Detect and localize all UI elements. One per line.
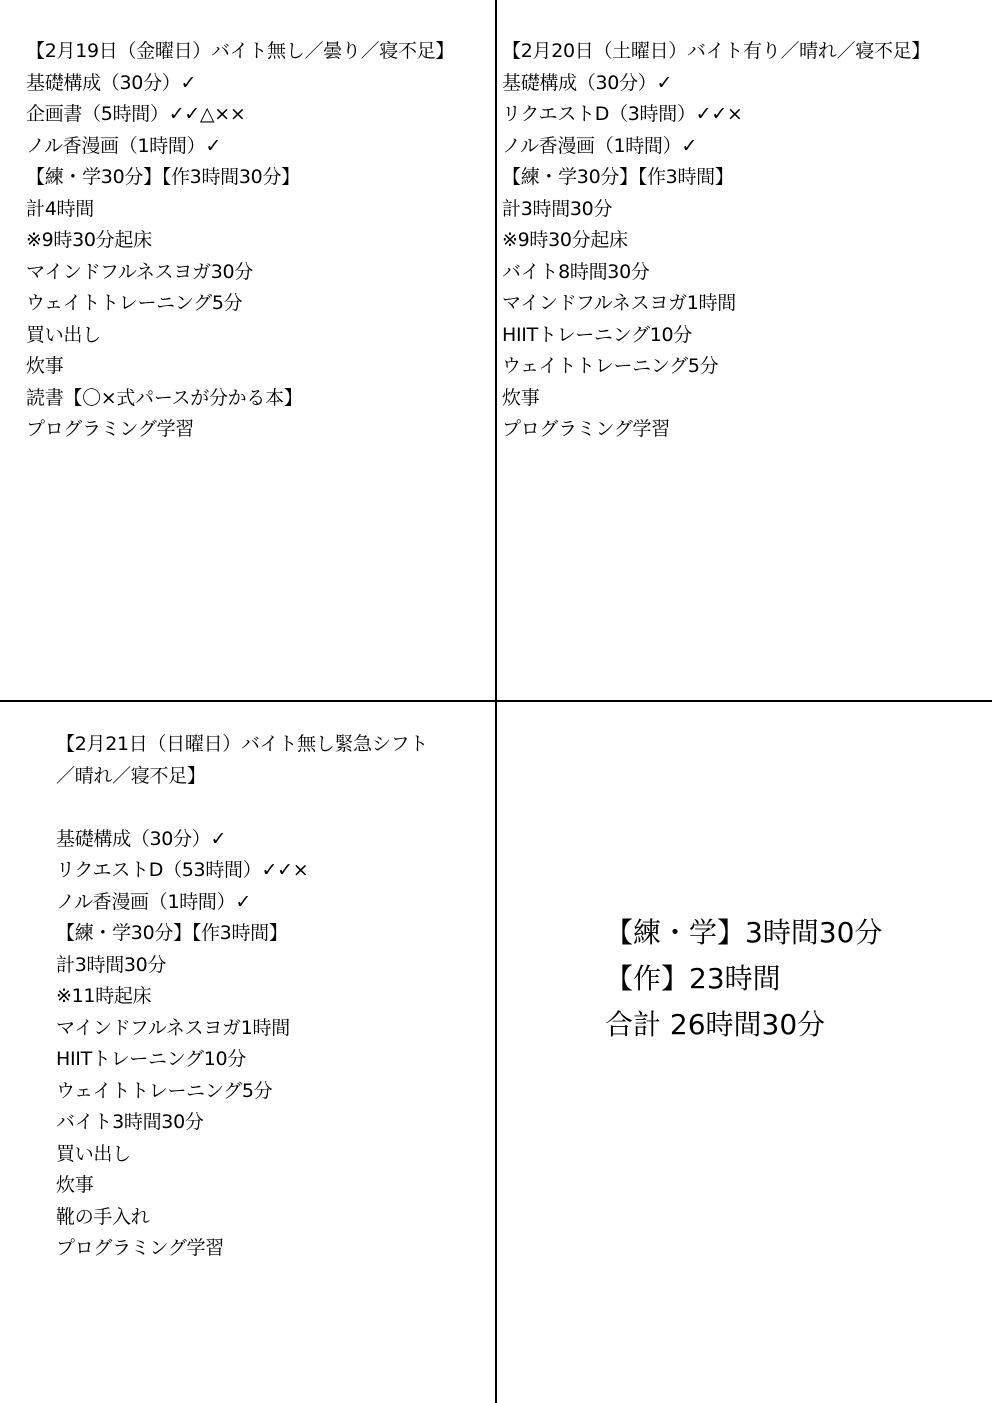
task-item: リクエストD（53時間）✓✓× <box>56 855 428 887</box>
day-log-feb-20: 【2月20日（土曜日）バイト有り／晴れ／寝不足】 基礎構成（30分）✓ リクエス… <box>502 36 930 446</box>
day-header-line-2: ／晴れ／寝不足】 <box>56 761 428 793</box>
task-item: バイト8時間30分 <box>502 257 930 289</box>
task-item: 買い出し <box>56 1139 428 1171</box>
task-item: バイト3時間30分 <box>56 1107 428 1139</box>
day-log-feb-19: 【2月19日（金曜日）バイト無し／曇り／寝不足】 基礎構成（30分）✓ 企画書（… <box>26 36 454 446</box>
task-item: 買い出し <box>26 320 454 352</box>
task-item: プログラミング学習 <box>56 1233 428 1265</box>
task-item: 基礎構成（30分）✓ <box>502 68 930 100</box>
summary-total: 合計 26時間30分 <box>605 1002 882 1048</box>
task-item: HIITトレーニング10分 <box>502 320 930 352</box>
task-item: マインドフルネスヨガ30分 <box>26 257 454 289</box>
time-breakdown: 【練・学30分】【作3時間】 <box>56 918 428 950</box>
weekly-summary: 【練・学】3時間30分 【作】23時間 合計 26時間30分 <box>605 910 882 1048</box>
task-item: 炊事 <box>56 1170 428 1202</box>
task-item: HIITトレーニング10分 <box>56 1044 428 1076</box>
task-item: 企画書（5時間）✓✓△×× <box>26 99 454 131</box>
wake-time: ※9時30分起床 <box>502 225 930 257</box>
summary-creation: 【作】23時間 <box>605 956 882 1002</box>
task-item: プログラミング学習 <box>26 414 454 446</box>
task-item: 炊事 <box>502 383 930 415</box>
task-item: ウェイトトレーニング5分 <box>502 351 930 383</box>
time-breakdown: 【練・学30分】【作3時間30分】 <box>26 162 454 194</box>
total-time: 計3時間30分 <box>56 950 428 982</box>
task-item: ノル香漫画（1時間）✓ <box>26 131 454 163</box>
task-item: 読書【〇×式パースが分かる本】 <box>26 383 454 415</box>
task-item: マインドフルネスヨガ1時間 <box>502 288 930 320</box>
task-item: 靴の手入れ <box>56 1202 428 1234</box>
task-item: ノル香漫画（1時間）✓ <box>502 131 930 163</box>
day-header: 【2月19日（金曜日）バイト無し／曇り／寝不足】 <box>26 36 454 68</box>
total-time: 計3時間30分 <box>502 194 930 226</box>
task-item: プログラミング学習 <box>502 414 930 446</box>
task-item: 基礎構成（30分）✓ <box>26 68 454 100</box>
task-item: リクエストD（3時間）✓✓× <box>502 99 930 131</box>
blank-line <box>56 792 428 824</box>
summary-practice-study: 【練・学】3時間30分 <box>605 910 882 956</box>
horizontal-divider <box>0 700 992 702</box>
time-breakdown: 【練・学30分】【作3時間】 <box>502 162 930 194</box>
day-header: 【2月20日（土曜日）バイト有り／晴れ／寝不足】 <box>502 36 930 68</box>
task-item: ノル香漫画（1時間）✓ <box>56 887 428 919</box>
task-item: ウェイトトレーニング5分 <box>26 288 454 320</box>
task-item: マインドフルネスヨガ1時間 <box>56 1013 428 1045</box>
wake-time: ※11時起床 <box>56 981 428 1013</box>
task-item: 炊事 <box>26 351 454 383</box>
task-item: 基礎構成（30分）✓ <box>56 824 428 856</box>
day-header-line-1: 【2月21日（日曜日）バイト無し緊急シフト <box>56 729 428 761</box>
wake-time: ※9時30分起床 <box>26 225 454 257</box>
task-item: ウェイトトレーニング5分 <box>56 1076 428 1108</box>
total-time: 計4時間 <box>26 194 454 226</box>
day-log-feb-21: 【2月21日（日曜日）バイト無し緊急シフト ／晴れ／寝不足】 基礎構成（30分）… <box>56 729 428 1265</box>
